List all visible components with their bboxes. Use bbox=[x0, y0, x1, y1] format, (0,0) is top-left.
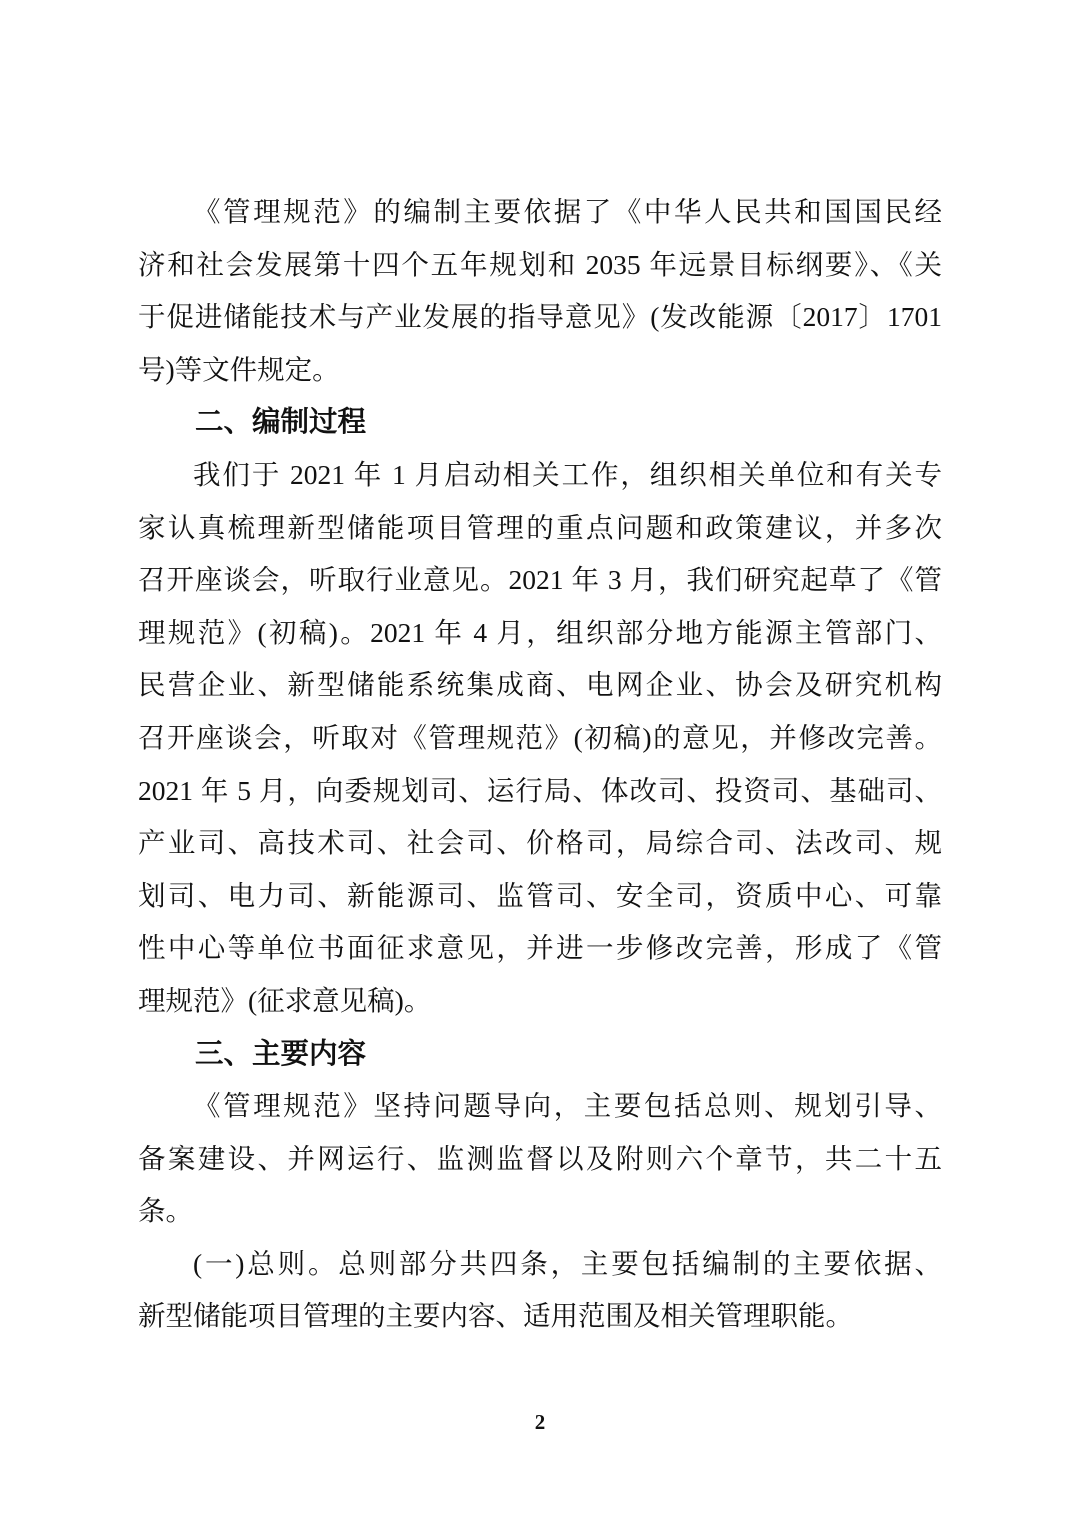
text-line: 2021 年 5 月，向委规划司、运行局、体改司、投资司、基础司、 bbox=[138, 765, 942, 818]
paragraph: 我们于 2021 年 1 月启动相关工作，组织相关单位和有关专家认真梳理新型储能… bbox=[138, 449, 942, 1028]
text-line: 产业司、高技术司、社会司、价格司，局综合司、法改司、规 bbox=[138, 817, 942, 870]
text-line: 民营企业、新型储能系统集成商、电网企业、协会及研究机构 bbox=[138, 659, 942, 712]
section-heading: 二、编制过程 bbox=[138, 396, 942, 449]
page-footer: 2 bbox=[0, 1410, 1080, 1435]
paragraph: 《管理规范》坚持问题导向，主要包括总则、规划引导、备案建设、并网运行、监测监督以… bbox=[138, 1080, 942, 1238]
heading-line: 三、主要内容 bbox=[138, 1028, 942, 1081]
text-line: 召开座谈会，听取行业意见。2021 年 3 月，我们研究起草了《管 bbox=[138, 554, 942, 607]
text-line: 《管理规范》坚持问题导向，主要包括总则、规划引导、 bbox=[138, 1080, 942, 1133]
text-line: 划司、电力司、新能源司、监管司、安全司，资质中心、可靠 bbox=[138, 870, 942, 923]
text-line: 号)等文件规定。 bbox=[138, 344, 942, 397]
text-line: 理规范》(初稿)。2021 年 4 月，组织部分地方能源主管部门、 bbox=[138, 607, 942, 660]
text-line: 济和社会发展第十四个五年规划和 2035 年远景目标纲要》、《关 bbox=[138, 239, 942, 292]
text-line: 性中心等单位书面征求意见，并进一步修改完善，形成了《管 bbox=[138, 922, 942, 975]
text-line: 备案建设、并网运行、监测监督以及附则六个章节，共二十五 bbox=[138, 1133, 942, 1186]
text-line: 《管理规范》的编制主要依据了《中华人民共和国国民经 bbox=[138, 186, 942, 239]
text-line: (一)总则。总则部分共四条，主要包括编制的主要依据、 bbox=[138, 1238, 942, 1291]
section-heading: 三、主要内容 bbox=[138, 1028, 942, 1081]
text-line: 召开座谈会，听取对《管理规范》(初稿)的意见，并修改完善。 bbox=[138, 712, 942, 765]
document-body: 《管理规范》的编制主要依据了《中华人民共和国国民经济和社会发展第十四个五年规划和… bbox=[138, 186, 942, 1343]
text-line: 于促进储能技术与产业发展的指导意见》(发改能源〔2017〕1701 bbox=[138, 291, 942, 344]
paragraph: (一)总则。总则部分共四条，主要包括编制的主要依据、新型储能项目管理的主要内容、… bbox=[138, 1238, 942, 1343]
text-line: 我们于 2021 年 1 月启动相关工作，组织相关单位和有关专 bbox=[138, 449, 942, 502]
heading-line: 二、编制过程 bbox=[138, 396, 942, 449]
text-line: 新型储能项目管理的主要内容、适用范围及相关管理职能。 bbox=[138, 1290, 942, 1343]
text-line: 条。 bbox=[138, 1185, 942, 1238]
text-line: 家认真梳理新型储能项目管理的重点问题和政策建议，并多次 bbox=[138, 502, 942, 555]
text-line: 理规范》(征求意见稿)。 bbox=[138, 975, 942, 1028]
document-page: 《管理规范》的编制主要依据了《中华人民共和国国民经济和社会发展第十四个五年规划和… bbox=[0, 0, 1080, 1528]
paragraph: 《管理规范》的编制主要依据了《中华人民共和国国民经济和社会发展第十四个五年规划和… bbox=[138, 186, 942, 396]
page-number: 2 bbox=[535, 1410, 546, 1434]
